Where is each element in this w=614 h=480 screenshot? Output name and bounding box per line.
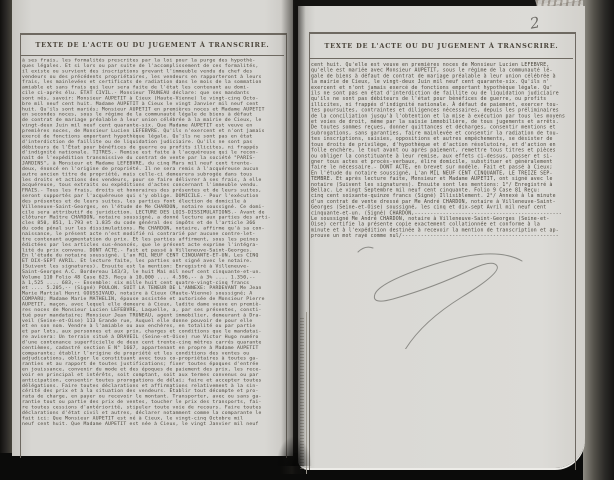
text-line: tes poursuites, contraintes et diligence… <box>311 108 571 114</box>
page-stack-edges-right <box>583 0 614 480</box>
text-line: tes inscriptions, saisies, oppositions e… <box>311 136 571 142</box>
right-page-header-band: TEXTE DE L'ACTE OU DU JUGEMENT À TRANSCR… <box>310 34 573 59</box>
scanned-register-book: TEXTE DE L'ACTE OU DU JUGEMENT À TRANSCR… <box>0 0 614 480</box>
right-page-header: TEXTE DE L'ACTE OU DU JUGEMENT À TRANSCR… <box>325 42 559 50</box>
text-line: Georges (Seine-et-Oise) soussigné, les c… <box>311 205 571 211</box>
text-line: folle enchère, le tout avant ou après pa… <box>311 148 571 154</box>
right-page-act-text: cent huit. Qu'elle est veuve en première… <box>311 62 571 242</box>
handwritten-folio-number: 2 <box>529 13 542 32</box>
signature-flourish-icon <box>322 234 552 349</box>
text-line: la mairie de Cieux, le vingt-deux Juin m… <box>311 79 571 85</box>
left-page-header-band: TEXTE DE L'ACTE OU DU JUGEMENT À TRANSCR… <box>21 35 284 56</box>
text-line: neuf cent huit. Que Madame AUPETIT est n… <box>22 421 284 426</box>
text-line: TEMBRE. Et après lecture faite, Monsieur… <box>311 176 571 182</box>
left-page-act-text: à ses frais, les formalités prescrites p… <box>22 58 284 428</box>
left-page-header: TEXTE DE L'ACTE OU DU JUGEMENT À TRANSCR… <box>36 41 270 49</box>
right-page: TEXTE DE L'ACTE OU DU JUGEMENT À TRANSCR… <box>298 6 585 468</box>
left-page: TEXTE DE L'ACTE OU DU JUGEMENT À TRANSCR… <box>12 0 293 456</box>
gutter-bottom-shadow <box>276 436 312 466</box>
